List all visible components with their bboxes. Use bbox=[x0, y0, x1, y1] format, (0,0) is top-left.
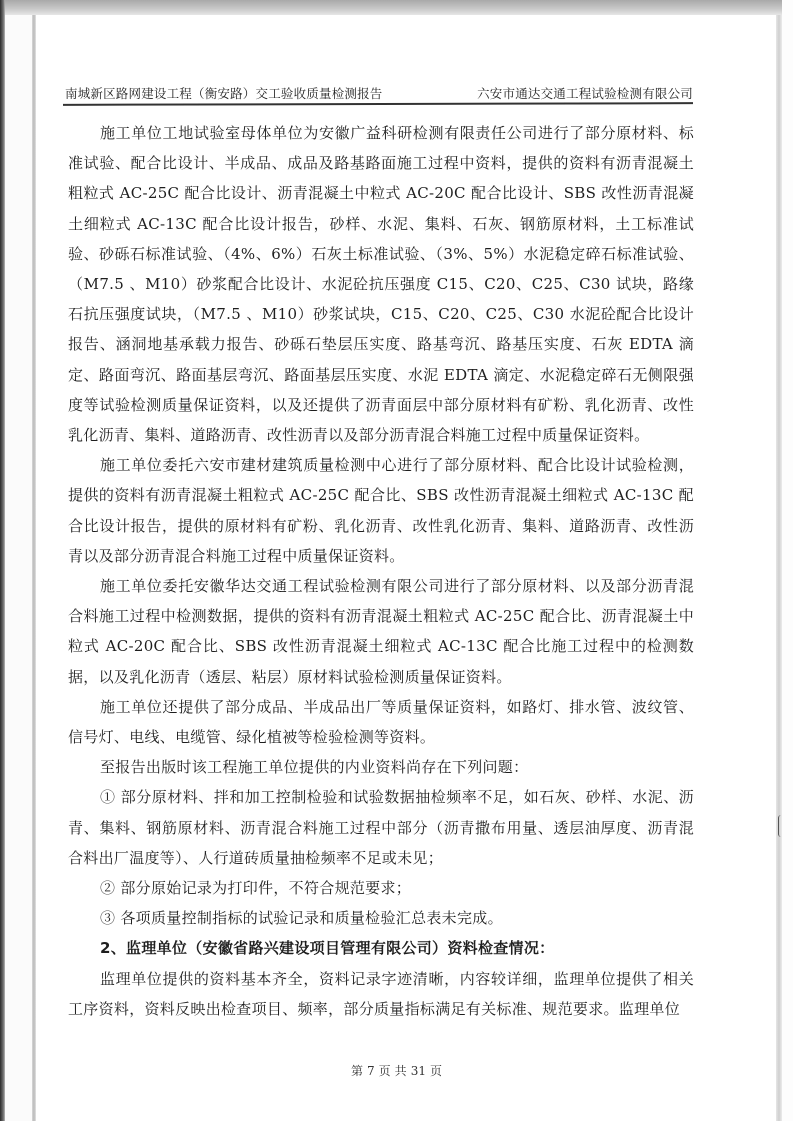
page-header: 南城新区路网建设工程（衡安路）交工验收质量检测报告 六安市通达交通工程试验检测有… bbox=[65, 80, 693, 102]
total-pages: 31 bbox=[411, 1064, 426, 1078]
issue-item-2: ② 部分原始记录为打印件，不符合规范要求； bbox=[68, 873, 694, 903]
company-name: 六安市通达交通工程试验检测有限公司 bbox=[477, 84, 693, 102]
page-footer: 第7页共31页 bbox=[0, 1062, 793, 1079]
paragraph-finished-products: 施工单位还提供了部分成品、半成品出厂等质量保证资料，如路灯、排水管、波纹管、信号… bbox=[68, 692, 694, 752]
total-prefix: 共 bbox=[395, 1064, 407, 1078]
page-prefix: 第 bbox=[351, 1064, 363, 1078]
binding-mark bbox=[778, 815, 783, 837]
report-title: 南城新区路网建设工程（衡安路）交工验收质量检测报告 bbox=[65, 84, 383, 102]
paragraph-supervision: 监理单位提供的资料基本齐全，资料记录字迹清晰，内容较详细，监理单位提供了相关工序… bbox=[68, 964, 694, 1024]
header-rule bbox=[63, 102, 693, 105]
current-page: 7 bbox=[367, 1064, 375, 1078]
paragraph-building-materials-center: 施工单位委托六安市建材建筑质量检测中心进行了部分原材料、配合比设计试验检测，提供… bbox=[68, 450, 694, 571]
total-suffix: 页 bbox=[430, 1064, 442, 1078]
paragraph-huada-testing: 施工单位委托安徽华达交通工程试验检测有限公司进行了部分原材料、以及部分沥青混合料… bbox=[68, 571, 694, 692]
section-heading-supervision: 2、监理单位（安徽省路兴建设项目管理有限公司）资料检查情况： bbox=[68, 933, 694, 963]
page-number: 第7页共31页 bbox=[349, 1064, 444, 1078]
paragraph-issues-intro: 至报告出版时该工程施工单位提供的内业资料尚存在下列问题： bbox=[68, 752, 694, 782]
issue-item-3: ③ 各项质量控制指标的试验记录和质量检验汇总表未完成。 bbox=[68, 903, 694, 933]
scan-right-margin bbox=[782, 0, 793, 1121]
scan-left-margin bbox=[5, 15, 33, 1121]
document-body: 施工单位工地试验室母体单位为安徽广益科研检测有限责任公司进行了部分原材料、标准试… bbox=[68, 118, 694, 1024]
paragraph-lab-materials: 施工单位工地试验室母体单位为安徽广益科研检测有限责任公司进行了部分原材料、标准试… bbox=[68, 118, 694, 450]
scan-top-edge bbox=[0, 0, 793, 15]
page-word: 页 bbox=[379, 1064, 391, 1078]
scan-fold-line bbox=[32, 15, 36, 1121]
issue-item-1: ① 部分原材料、拌和加工控制检验和试验数据抽检频率不足，如石灰、砂样、水泥、沥青… bbox=[68, 782, 694, 873]
